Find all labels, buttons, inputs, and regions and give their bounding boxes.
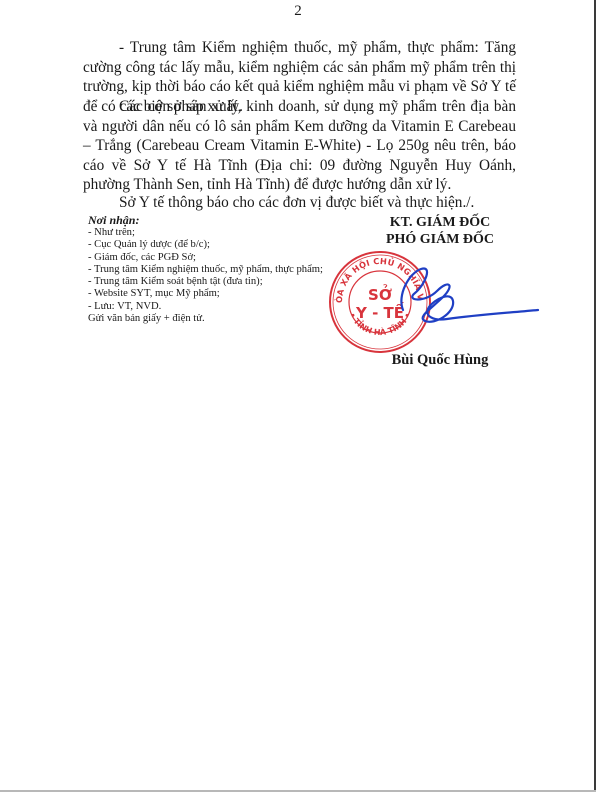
signature-title-block: KT. GIÁM ĐỐC PHÓ GIÁM ĐỐC xyxy=(340,214,540,248)
recipient-item: - Như trên; xyxy=(88,227,323,239)
signature-stroke xyxy=(401,268,538,321)
recipient-item: - Cục Quản lý dược (để b/c); xyxy=(88,239,323,251)
recipient-item: - Website SYT, mục Mỹ phẩm; xyxy=(88,288,323,300)
signature-title-line1: KT. GIÁM ĐỐC xyxy=(340,214,540,231)
recipients-block: Nơi nhận: - Như trên; - Cục Quản lý dược… xyxy=(88,213,323,325)
recipients-title: Nơi nhận: xyxy=(88,213,323,227)
body-paragraph-3: Sở Y tế thông báo cho các đơn vị được bi… xyxy=(83,193,516,213)
recipient-item: - Trung tâm Kiểm nghiệm thuốc, mỹ phẩm, … xyxy=(88,264,323,276)
recipient-item: - Giám đốc, các PGĐ Sở; xyxy=(88,252,323,264)
recipient-item: - Trung tâm Kiểm soát bệnh tật (đưa tin)… xyxy=(88,276,323,288)
paragraph-closing: Sở Y tế thông báo cho các đơn vị được bi… xyxy=(83,193,516,213)
body-paragraph-2: Các cơ sở sản xuất, kinh doanh, sử dụng … xyxy=(83,97,516,195)
signer-name: Bùi Quốc Hùng xyxy=(340,352,540,369)
recipients-list: - Như trên; - Cục Quản lý dược (để b/c);… xyxy=(88,227,323,313)
handwritten-signature-icon xyxy=(395,255,540,330)
paragraph-product-report: Các cơ sở sản xuất, kinh doanh, sử dụng … xyxy=(83,97,516,195)
recipient-item: - Lưu: VT, NVD. xyxy=(88,301,323,313)
signature-title-line2: PHÓ GIÁM ĐỐC xyxy=(340,231,540,248)
stamp-center-line1: SỞ xyxy=(368,283,392,304)
recipients-note: Gửi văn bản giấy + điện tử. xyxy=(88,313,323,325)
page-number: 2 xyxy=(0,3,596,20)
